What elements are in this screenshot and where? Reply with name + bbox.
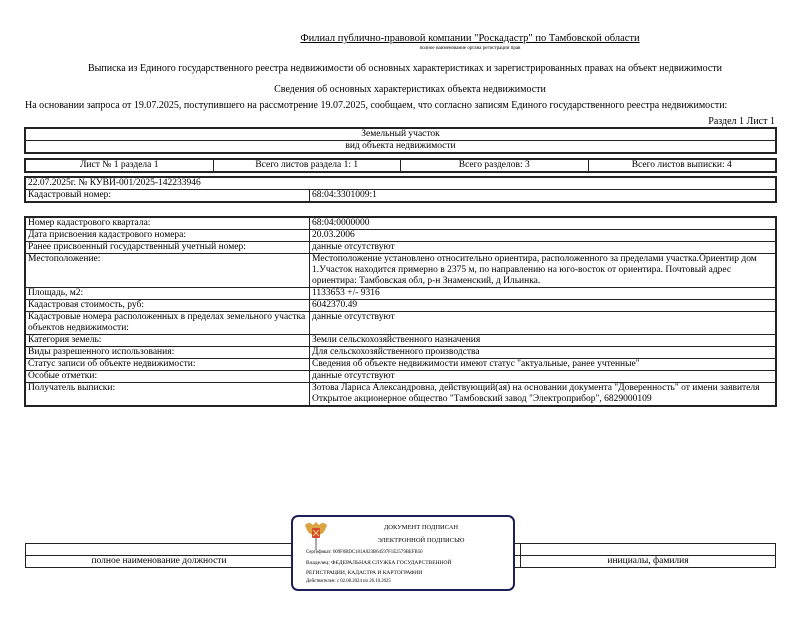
table-row: Дата присвоения кадастрового номера:20.0… bbox=[26, 230, 776, 242]
stamp-line-1: ДОКУМЕНТ ПОДПИСАН bbox=[341, 524, 501, 531]
registration-table: 22.07.2025г. № КУВИ-001/2025-142233946 К… bbox=[25, 177, 776, 202]
object-type-table: Земельный участок вид объекта недвижимос… bbox=[25, 128, 776, 153]
field-label: Ранее присвоенный государственный учетны… bbox=[26, 242, 310, 254]
table-row: Кадастровая стоимость, руб:6042370.49 bbox=[26, 300, 776, 312]
coat-of-arms-icon bbox=[303, 519, 329, 551]
field-label: Кадастровая стоимость, руб: bbox=[26, 300, 310, 312]
stamp-owner-line-2: РЕГИСТРАЦИИ, КАДАСТРА И КАРТОГРАФИИ bbox=[306, 570, 422, 576]
field-value: 6042370.49 bbox=[310, 300, 776, 312]
field-label: Площадь, м2: bbox=[26, 288, 310, 300]
info-title: Сведения об основных характеристиках объ… bbox=[0, 84, 800, 95]
name-caption: инициалы, фамилия bbox=[521, 556, 776, 568]
sheets-table: Лист № 1 раздела 1 Всего листов раздела … bbox=[25, 159, 776, 172]
table-row: Кадастровые номера расположенных в преде… bbox=[26, 312, 776, 335]
table-row: Статус записи об объекте недвижимости:Св… bbox=[26, 359, 776, 371]
registration-number: 22.07.2025г. № КУВИ-001/2025-142233946 bbox=[26, 178, 776, 190]
field-value: 68:04:0000000 bbox=[310, 218, 776, 230]
sections-total: Всего разделов: 3 bbox=[401, 160, 589, 172]
position-caption: полное наименование должности bbox=[26, 556, 293, 568]
section-label: Раздел 1 Лист 1 bbox=[708, 116, 775, 127]
field-value: 1133653 +/- 9316 bbox=[310, 288, 776, 300]
section-sheets-total: Всего листов раздела 1: 1 bbox=[213, 160, 401, 172]
table-row: Площадь, м2:1133653 +/- 9316 bbox=[26, 288, 776, 300]
characteristics-table: Номер кадастрового квартала:68:04:000000… bbox=[25, 217, 776, 406]
field-value: данные отсутствуют bbox=[310, 371, 776, 383]
field-label: Статус записи об объекте недвижимости: bbox=[26, 359, 310, 371]
position-field bbox=[26, 544, 293, 556]
table-row: Ранее присвоенный государственный учетны… bbox=[26, 242, 776, 254]
stamp-line-2: ЭЛЕКТРОННОЙ ПОДПИСЬЮ bbox=[341, 537, 501, 544]
field-value: Для сельскохозяйственного производства bbox=[310, 347, 776, 359]
table-row: Категория земель:Земли сельскохозяйствен… bbox=[26, 335, 776, 347]
organization-name: Филиал публично-правовой компании "Роска… bbox=[0, 33, 800, 44]
stamp-certificate: Сертификат: 009F0BDC181A023B64597F1E2579… bbox=[306, 550, 423, 555]
name-field bbox=[521, 544, 776, 556]
field-value: данные отсутствуют bbox=[310, 312, 776, 335]
table-row: Номер кадастрового квартала:68:04:000000… bbox=[26, 218, 776, 230]
table-row: Виды разрешенного использования:Для сель… bbox=[26, 347, 776, 359]
field-value: данные отсутствуют bbox=[310, 242, 776, 254]
table-row: Местоположение:Местоположение установлен… bbox=[26, 254, 776, 288]
extract-sheets-total: Всего листов выписки: 4 bbox=[588, 160, 776, 172]
request-basis-text: На основании запроса от 19.07.2025, пост… bbox=[25, 100, 727, 111]
field-label: Особые отметки: bbox=[26, 371, 310, 383]
field-value: Сведения об объекте недвижимости имеют с… bbox=[310, 359, 776, 371]
organization-caption: полное наименование органа регистрации п… bbox=[0, 46, 800, 51]
field-label: Номер кадастрового квартала: bbox=[26, 218, 310, 230]
object-type: Земельный участок bbox=[26, 129, 776, 141]
cadastral-number-label: Кадастровый номер: bbox=[26, 190, 310, 202]
electronic-signature-stamp: ДОКУМЕНТ ПОДПИСАН ЭЛЕКТРОННОЙ ПОДПИСЬЮ С… bbox=[291, 515, 515, 591]
object-type-caption: вид объекта недвижимости bbox=[26, 141, 776, 153]
sheet-number: Лист № 1 раздела 1 bbox=[26, 160, 214, 172]
field-value: Зотова Лариса Александровна, действующий… bbox=[310, 383, 776, 406]
field-label: Местоположение: bbox=[26, 254, 310, 288]
field-label: Получатель выписки: bbox=[26, 383, 310, 406]
field-label: Виды разрешенного использования: bbox=[26, 347, 310, 359]
table-row: Получатель выписки:Зотова Лариса Алексан… bbox=[26, 383, 776, 406]
stamp-validity: Действителен: с 02.08.2024 по 26.10.2025 bbox=[306, 579, 391, 584]
field-label: Дата присвоения кадастрового номера: bbox=[26, 230, 310, 242]
field-label: Категория земель: bbox=[26, 335, 310, 347]
stamp-owner-line-1: Владелец: ФЕДЕРАЛЬНАЯ СЛУЖБА ГОСУДАРСТВЕ… bbox=[306, 560, 451, 566]
field-value: Земли сельскохозяйственного назначения bbox=[310, 335, 776, 347]
field-label: Кадастровые номера расположенных в преде… bbox=[26, 312, 310, 335]
extract-title: Выписка из Единого государственного реес… bbox=[0, 63, 800, 74]
cadastral-number-value: 68:04:3301009:1 bbox=[310, 190, 776, 202]
field-value: 20.03.2006 bbox=[310, 230, 776, 242]
field-value: Местоположение установлено относительно … bbox=[310, 254, 776, 288]
table-row: Особые отметки:данные отсутствуют bbox=[26, 371, 776, 383]
